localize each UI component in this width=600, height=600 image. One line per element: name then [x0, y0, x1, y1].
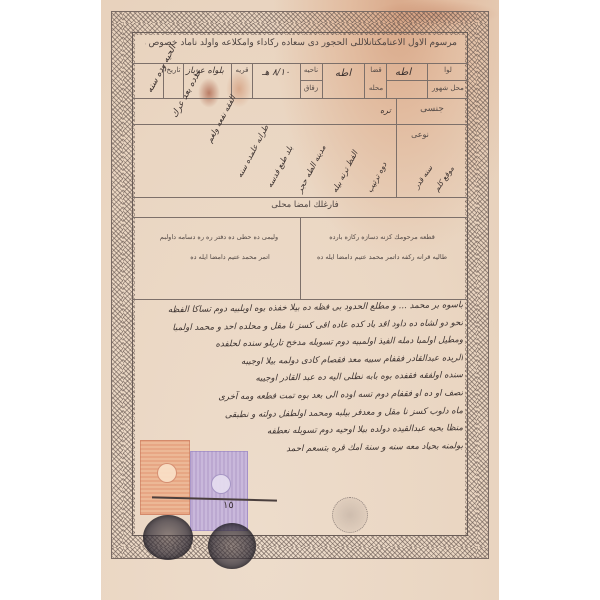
- label-cinsi: جنسى: [400, 104, 464, 114]
- value-karye: ٨/١٠ هـ: [262, 68, 290, 78]
- stamp-denomination: ١٥: [223, 500, 234, 511]
- ink-seal-left: [143, 515, 193, 560]
- sig-right-line-1: قطعه مرحومك كزنه دسازه ركازه بارده: [302, 233, 462, 241]
- table-rule: [364, 63, 365, 98]
- signature-section-label: فارغلك امضا محلى: [250, 200, 360, 210]
- table-rule: [427, 63, 428, 98]
- table-rule: [396, 98, 397, 197]
- label-zukak: زقاق: [300, 84, 322, 92]
- sig-left-line-2: اتمر محمد عتيم دامضا ايله ده: [180, 253, 280, 261]
- label-liva: لوا: [432, 66, 464, 74]
- document-heading: مرسوم الاول الاعنامكتانلاللى الحجور دى س…: [145, 38, 457, 58]
- label-nahiye: ناحيه: [300, 66, 322, 74]
- revenue-stamp-violet: ١٥: [190, 451, 248, 531]
- revenue-stamp-orange: [140, 440, 190, 515]
- label-mahall-shuhur: محل شهور: [430, 84, 466, 92]
- faint-seal: [332, 497, 368, 533]
- body-text: باسوه بر محمد ... و مطلع الحدود بى فظه د…: [137, 300, 463, 458]
- sig-right-line-2: طاليه قرانه ركفه داتمر محمد عتيم دامضا ا…: [302, 253, 462, 261]
- stamp-emblem-icon: [211, 474, 231, 494]
- sig-left-line-1: وليمى ده حطى ده دفتر ره ره دسامه داولبم: [140, 233, 298, 241]
- table-rule: [132, 124, 468, 125]
- label-kaza: قضا: [366, 66, 386, 74]
- table-rule: [300, 217, 301, 299]
- table-rule: [252, 63, 253, 98]
- label-nevi: نوعى: [400, 130, 440, 139]
- stamp-emblem-icon: [157, 463, 177, 483]
- table-rule: [300, 80, 322, 81]
- table-rule: [132, 197, 468, 198]
- ink-seal-right: [208, 523, 256, 569]
- value-cinsi: تره: [380, 106, 391, 115]
- table-rule: [386, 63, 387, 98]
- label-karye: قريه: [232, 66, 252, 74]
- label-mahalle: محله: [366, 84, 386, 92]
- value-kaza: اطه: [395, 67, 411, 78]
- table-rule: [322, 63, 323, 98]
- value-nahiye: اطه: [335, 68, 351, 79]
